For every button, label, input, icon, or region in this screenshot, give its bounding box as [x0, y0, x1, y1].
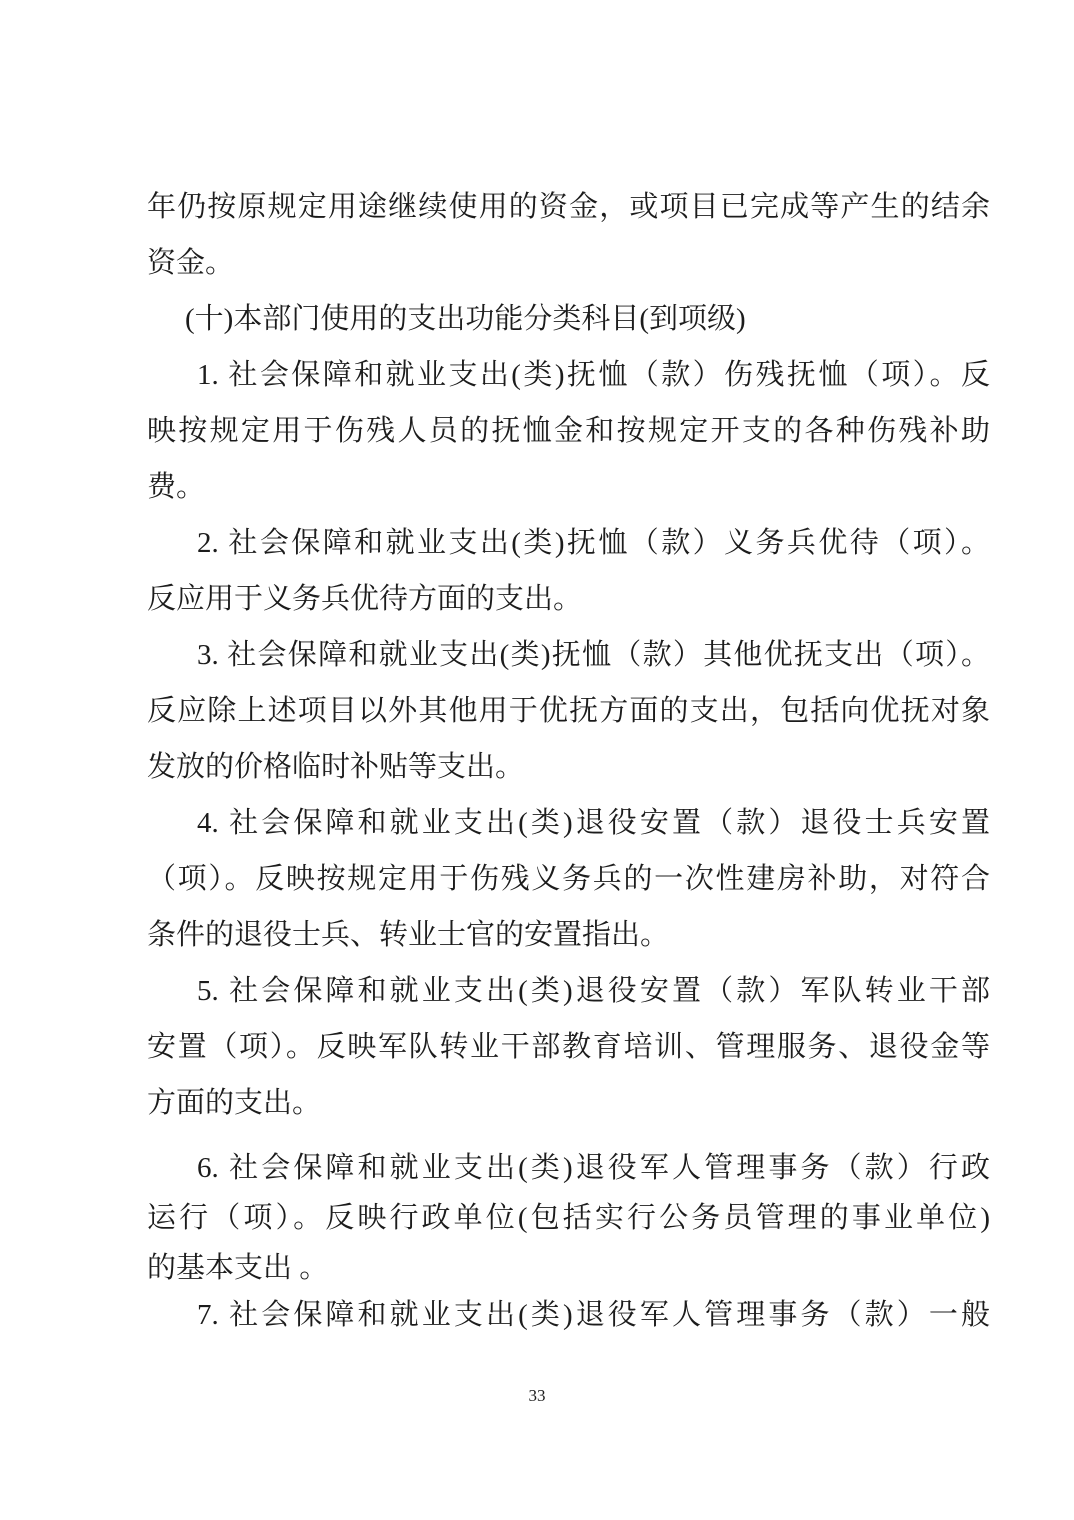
- item-paragraph-1: 1. 社会保障和就业支出(类)抚恤（款）伤残抚恤（项）。反 映按规定用于伤残人员…: [147, 347, 990, 515]
- item-paragraph-4: 4. 社会保障和就业支出(类)退役安置（款）退役士兵安置 （项）。反映按规定用于…: [147, 795, 990, 963]
- text-line: 4. 社会保障和就业支出(类)退役安置（款）退役士兵安置: [147, 795, 990, 851]
- item-paragraph-2: 2. 社会保障和就业支出(类)抚恤（款）义务兵优待（项）。 反应用于义务兵优待方…: [147, 515, 990, 627]
- text-line: 的基本支出 。: [147, 1243, 990, 1293]
- text-line: 反应用于义务兵优待方面的支出。: [147, 571, 990, 627]
- text-line: 7. 社会保障和就业支出(类)退役军人管理事务（款）一般: [147, 1293, 990, 1337]
- text-line: 资金。: [147, 235, 990, 291]
- text-line: 运行（项）。反映行政单位(包括实行公务员管理的事业单位): [147, 1193, 990, 1243]
- paragraph-continuation: 年仍按原规定用途继续使用的资金，或项目已完成等产生的结余 资金。: [147, 179, 990, 291]
- text-line: 1. 社会保障和就业支出(类)抚恤（款）伤残抚恤（项）。反: [147, 347, 990, 403]
- heading-line: (十)本部门使用的支出功能分类科目(到项级): [147, 291, 990, 347]
- document-body: 年仍按原规定用途继续使用的资金，或项目已完成等产生的结余 资金。 (十)本部门使…: [147, 179, 990, 1337]
- text-line: 方面的支出。: [147, 1075, 990, 1131]
- document-page: 年仍按原规定用途继续使用的资金，或项目已完成等产生的结余 资金。 (十)本部门使…: [0, 0, 1074, 1520]
- item-paragraph-3: 3. 社会保障和就业支出(类)抚恤（款）其他优抚支出（项）。 反应除上述项目以外…: [147, 627, 990, 795]
- item-paragraph-7: 7. 社会保障和就业支出(类)退役军人管理事务（款）一般: [147, 1293, 990, 1337]
- text-line: 条件的退役士兵、转业士官的安置指出。: [147, 907, 990, 963]
- text-line: 映按规定用于伤残人员的抚恤金和按规定开支的各种伤残补助: [147, 403, 990, 459]
- text-line: 2. 社会保障和就业支出(类)抚恤（款）义务兵优待（项）。: [147, 515, 990, 571]
- text-line: （项）。反映按规定用于伤残义务兵的一次性建房补助，对符合: [147, 851, 990, 907]
- text-line: 5. 社会保障和就业支出(类)退役安置（款）军队转业干部: [147, 963, 990, 1019]
- text-line: 年仍按原规定用途继续使用的资金，或项目已完成等产生的结余: [147, 179, 990, 235]
- text-line: 3. 社会保障和就业支出(类)抚恤（款）其他优抚支出（项）。: [147, 627, 990, 683]
- text-line: 发放的价格临时补贴等支出。: [147, 739, 990, 795]
- page-number: 33: [0, 1386, 1074, 1406]
- section-heading: (十)本部门使用的支出功能分类科目(到项级): [147, 291, 990, 347]
- text-line: 安置（项）。反映军队转业干部教育培训、管理服务、退役金等: [147, 1019, 990, 1075]
- text-line: 反应除上述项目以外其他用于优抚方面的支出，包括向优抚对象: [147, 683, 990, 739]
- text-line: 费。: [147, 459, 990, 515]
- item-paragraph-6: 6. 社会保障和就业支出(类)退役军人管理事务（款）行政 运行（项）。反映行政单…: [147, 1143, 990, 1293]
- text-line: 6. 社会保障和就业支出(类)退役军人管理事务（款）行政: [147, 1143, 990, 1193]
- item-paragraph-5: 5. 社会保障和就业支出(类)退役安置（款）军队转业干部 安置（项）。反映军队转…: [147, 963, 990, 1131]
